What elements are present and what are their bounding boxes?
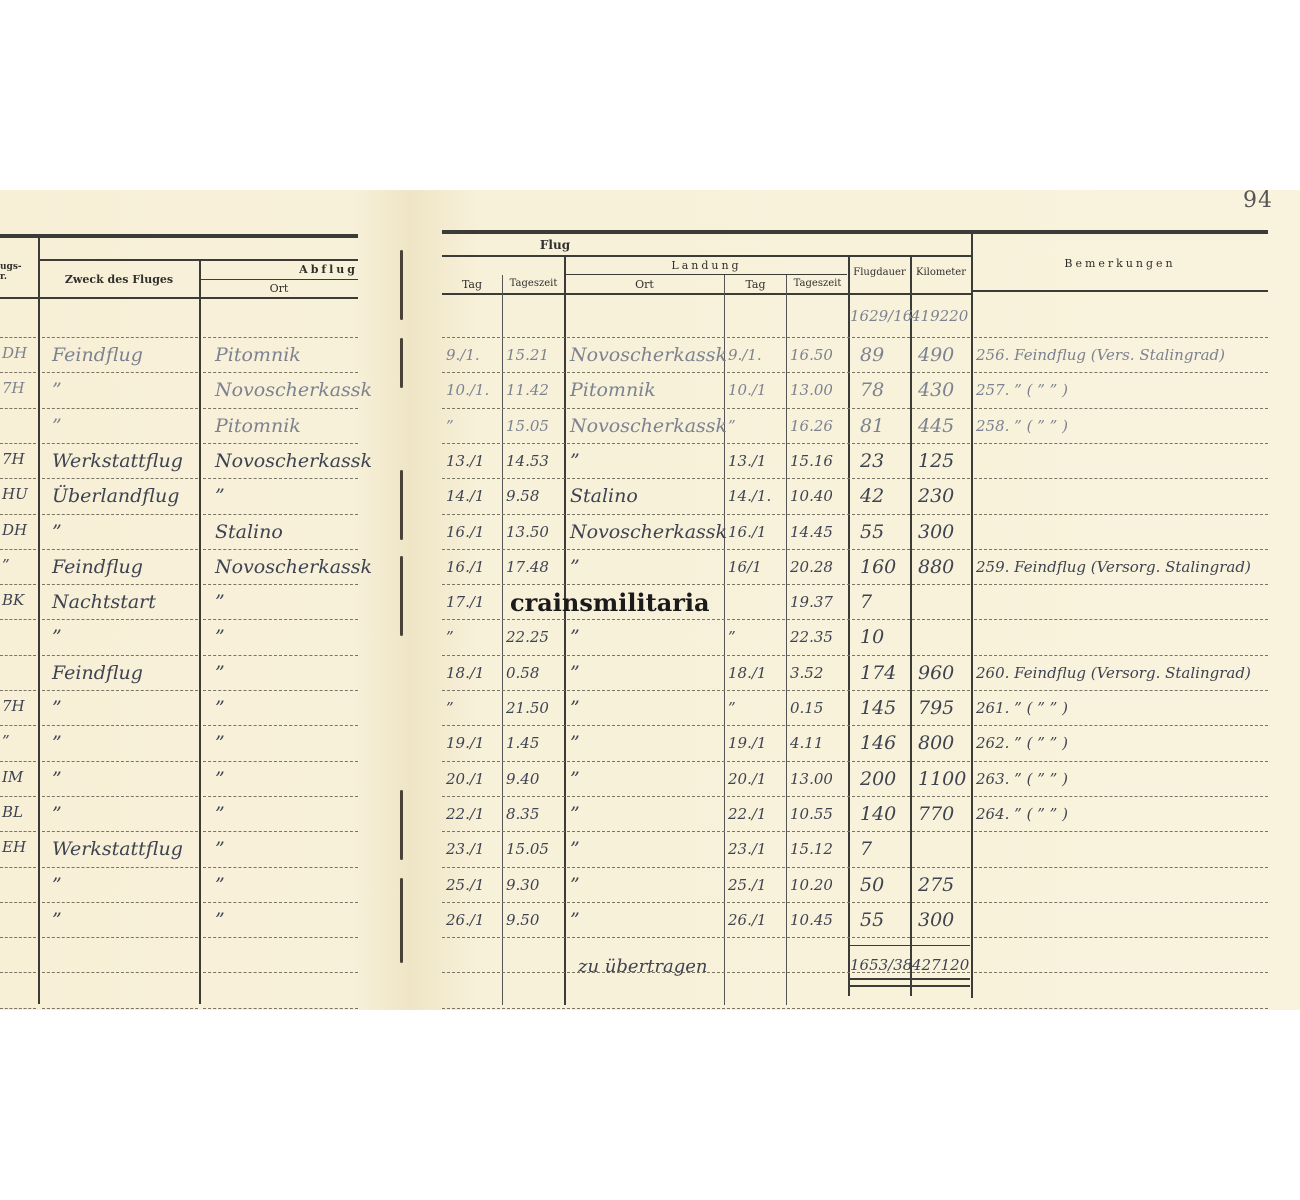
flight-purpose: Nachtstart bbox=[52, 591, 156, 613]
remarks: 263. ” ( ” ” ) bbox=[976, 770, 1068, 788]
row-separator bbox=[974, 619, 1268, 620]
landing-day: 10./1 bbox=[728, 381, 766, 399]
flight-duration: 50 bbox=[860, 874, 884, 896]
flight-purpose: ” bbox=[52, 626, 62, 648]
flight-duration: 7 bbox=[860, 591, 872, 613]
landing-time: 19.37 bbox=[790, 593, 833, 611]
header-km: Kilometer bbox=[911, 267, 971, 278]
row-separator bbox=[0, 584, 36, 585]
landing-place: ” bbox=[570, 732, 580, 754]
flight-purpose: ” bbox=[52, 768, 62, 790]
departure-day: 20./1 bbox=[446, 770, 484, 788]
landing-time: 14.45 bbox=[790, 523, 833, 541]
row-separator bbox=[203, 690, 358, 691]
row-separator bbox=[442, 655, 970, 656]
flight-purpose: ” bbox=[52, 803, 62, 825]
header-dep-day: Tag bbox=[442, 278, 502, 291]
departure-time: 15.05 bbox=[506, 840, 549, 858]
row-separator bbox=[42, 972, 198, 973]
col-divider bbox=[502, 275, 503, 1005]
carry-out-km: 427120 bbox=[912, 956, 969, 974]
aircraft-code: BL bbox=[2, 803, 23, 821]
departure-time: 9.50 bbox=[506, 911, 539, 929]
row-separator bbox=[442, 478, 970, 479]
aircraft-code: DH bbox=[2, 344, 27, 362]
row-separator bbox=[0, 937, 36, 938]
left-col-divider bbox=[38, 236, 40, 1004]
departure-day: ” bbox=[446, 417, 454, 435]
departure-place: ” bbox=[215, 732, 225, 754]
remarks: 261. ” ( ” ” ) bbox=[976, 699, 1068, 717]
row-separator bbox=[442, 937, 970, 938]
kilometers: 880 bbox=[918, 556, 954, 578]
landing-day: ” bbox=[728, 699, 736, 717]
flight-duration: 42 bbox=[860, 485, 884, 507]
row-separator bbox=[42, 619, 198, 620]
flight-purpose: ” bbox=[52, 697, 62, 719]
landing-day: 16./1 bbox=[728, 523, 766, 541]
row-separator bbox=[442, 584, 970, 585]
landing-day: 9./1. bbox=[728, 346, 762, 364]
landing-place: ” bbox=[570, 450, 580, 472]
departure-place: ” bbox=[215, 485, 225, 507]
departure-day: 26./1 bbox=[446, 911, 484, 929]
row-separator bbox=[442, 1008, 970, 1009]
landing-place: Stalino bbox=[570, 485, 638, 507]
left-col-divider bbox=[199, 260, 201, 1004]
row-separator bbox=[974, 408, 1268, 409]
kilometers: 300 bbox=[918, 909, 954, 931]
row-separator bbox=[974, 867, 1268, 868]
carry-in-km: 419220 bbox=[911, 307, 968, 325]
landing-time: 16.50 bbox=[790, 346, 833, 364]
row-separator bbox=[203, 619, 358, 620]
row-separator bbox=[0, 902, 36, 903]
flight-duration: 200 bbox=[860, 768, 896, 790]
row-separator bbox=[42, 443, 198, 444]
departure-time: 9.40 bbox=[506, 770, 539, 788]
row-separator bbox=[203, 478, 358, 479]
landing-place: ” bbox=[570, 697, 580, 719]
row-separator bbox=[42, 761, 198, 762]
row-separator bbox=[0, 478, 36, 479]
row-separator bbox=[203, 1008, 358, 1009]
header-departure: Abflug bbox=[200, 263, 358, 276]
departure-place: Novoscherkassk bbox=[215, 556, 372, 578]
remarks: 257. ” ( ” ” ) bbox=[976, 381, 1068, 399]
row-separator bbox=[0, 867, 36, 868]
landing-day: 20./1 bbox=[728, 770, 766, 788]
watermark: crainsmilitaria bbox=[510, 588, 710, 617]
landing-time: 13.00 bbox=[790, 770, 833, 788]
departure-day: 17./1 bbox=[446, 593, 484, 611]
row-separator bbox=[974, 690, 1268, 691]
remarks: 262. ” ( ” ” ) bbox=[976, 734, 1068, 752]
col-divider bbox=[848, 256, 850, 996]
row-separator bbox=[974, 514, 1268, 515]
row-separator bbox=[0, 690, 36, 691]
departure-place: Novoscherkassk bbox=[215, 450, 372, 472]
landing-place: ” bbox=[570, 662, 580, 684]
departure-time: 9.58 bbox=[506, 487, 539, 505]
carry-in-duration: 1629/16 bbox=[850, 307, 912, 325]
row-separator bbox=[0, 655, 36, 656]
departure-place: ” bbox=[215, 591, 225, 613]
row-separator bbox=[0, 372, 36, 373]
landing-day: ” bbox=[728, 628, 736, 646]
row-separator bbox=[42, 690, 198, 691]
flight-duration: 160 bbox=[860, 556, 896, 578]
flight-purpose: ” bbox=[52, 874, 62, 896]
header-land-day: Tag bbox=[725, 278, 786, 291]
row-separator bbox=[974, 584, 1268, 585]
kilometers: 795 bbox=[918, 697, 954, 719]
landing-place: Novoscherkassk bbox=[570, 521, 727, 543]
departure-day: 16./1 bbox=[446, 558, 484, 576]
departure-place: ” bbox=[215, 874, 225, 896]
binding-stitch bbox=[400, 790, 403, 860]
row-separator bbox=[203, 796, 358, 797]
row-separator bbox=[203, 408, 358, 409]
departure-place: ” bbox=[215, 662, 225, 684]
flight-purpose: Werkstattflug bbox=[52, 838, 183, 860]
flight-duration: 55 bbox=[860, 909, 884, 931]
row-separator bbox=[42, 584, 198, 585]
landing-time: 15.16 bbox=[790, 452, 833, 470]
departure-day: 23./1 bbox=[446, 840, 484, 858]
row-separator bbox=[203, 514, 358, 515]
row-separator bbox=[42, 867, 198, 868]
row-separator bbox=[0, 337, 36, 338]
carry-out-duration: 1653/38 bbox=[850, 956, 912, 974]
row-separator bbox=[203, 761, 358, 762]
flight-duration: 81 bbox=[860, 415, 884, 437]
row-separator bbox=[974, 337, 1268, 338]
row-separator bbox=[203, 937, 358, 938]
row-separator bbox=[442, 725, 970, 726]
row-separator bbox=[203, 337, 358, 338]
landing-day: 18./1 bbox=[728, 664, 766, 682]
departure-time: 14.53 bbox=[506, 452, 549, 470]
carry-out-label: zu übertragen bbox=[578, 956, 708, 977]
header-landung: Landung bbox=[565, 259, 848, 272]
row-separator bbox=[42, 831, 198, 832]
binding-stitch bbox=[400, 878, 403, 963]
aircraft-code: IM bbox=[2, 768, 23, 786]
row-separator bbox=[42, 937, 198, 938]
kilometers: 300 bbox=[918, 521, 954, 543]
aircraft-code: 7H bbox=[2, 379, 25, 397]
aircraft-code: 7H bbox=[2, 450, 25, 468]
row-separator bbox=[974, 655, 1268, 656]
landing-day: 26./1 bbox=[728, 911, 766, 929]
header-land-place: Ort bbox=[565, 278, 724, 291]
binding-stitch bbox=[400, 556, 403, 636]
double-underline bbox=[850, 978, 970, 987]
header-remarks: Bemerkungen bbox=[972, 257, 1268, 270]
row-separator bbox=[0, 796, 36, 797]
landing-day: 16/1 bbox=[728, 558, 762, 576]
flight-purpose: Feindflug bbox=[52, 344, 143, 366]
row-separator bbox=[42, 408, 198, 409]
flight-duration: 78 bbox=[860, 379, 884, 401]
departure-place: ” bbox=[215, 838, 225, 860]
header-purpose: Zweck des Fluges bbox=[40, 273, 198, 286]
kilometers: 800 bbox=[918, 732, 954, 754]
row-separator bbox=[0, 619, 36, 620]
row-separator bbox=[442, 902, 970, 903]
departure-time: 15.21 bbox=[506, 346, 549, 364]
kilometers: 770 bbox=[918, 803, 954, 825]
sum-rule bbox=[850, 945, 970, 946]
binding-stitch bbox=[400, 250, 403, 320]
landing-place: Novoscherkassk bbox=[570, 415, 727, 437]
row-separator bbox=[203, 584, 358, 585]
remarks: 256. Feindflug (Vers. Stalingrad) bbox=[976, 346, 1225, 364]
header-dep-time: Tageszeit bbox=[503, 278, 564, 289]
row-separator bbox=[0, 1008, 36, 1009]
flug-rule bbox=[442, 255, 972, 257]
flight-purpose: Überlandflug bbox=[52, 485, 179, 507]
departure-day: 14./1 bbox=[446, 487, 484, 505]
departure-place: ” bbox=[215, 697, 225, 719]
flight-duration: 7 bbox=[860, 838, 872, 860]
remarks: 264. ” ( ” ” ) bbox=[976, 805, 1068, 823]
row-separator bbox=[974, 937, 1268, 938]
flight-duration: 140 bbox=[860, 803, 896, 825]
row-separator bbox=[974, 725, 1268, 726]
flight-duration: 89 bbox=[860, 344, 884, 366]
departure-place: Pitomnik bbox=[215, 415, 301, 437]
row-separator bbox=[42, 372, 198, 373]
flight-purpose: ” bbox=[52, 909, 62, 931]
header-flug: Flug bbox=[442, 238, 668, 252]
row-separator bbox=[442, 867, 970, 868]
row-separator bbox=[442, 761, 970, 762]
row-separator bbox=[42, 514, 198, 515]
landing-place: ” bbox=[570, 909, 580, 931]
departure-time: 0.58 bbox=[506, 664, 539, 682]
departure-day: 16./1 bbox=[446, 523, 484, 541]
landing-time: 4.11 bbox=[790, 734, 823, 752]
remarks: 260. Feindflug (Versorg. Stalingrad) bbox=[976, 664, 1251, 682]
row-separator bbox=[974, 372, 1268, 373]
landing-place: Pitomnik bbox=[570, 379, 656, 401]
row-separator bbox=[203, 549, 358, 550]
row-separator bbox=[974, 549, 1268, 550]
row-separator bbox=[442, 337, 970, 338]
row-separator bbox=[442, 408, 970, 409]
row-separator bbox=[442, 443, 970, 444]
aircraft-code: ” bbox=[2, 732, 10, 750]
row-separator bbox=[0, 443, 36, 444]
departure-time: 15.05 bbox=[506, 417, 549, 435]
row-separator bbox=[974, 761, 1268, 762]
row-separator bbox=[42, 478, 198, 479]
aircraft-code: 7H bbox=[2, 697, 25, 715]
landing-time: 10.45 bbox=[790, 911, 833, 929]
kilometers: 445 bbox=[918, 415, 954, 437]
landing-time: 15.12 bbox=[790, 840, 833, 858]
landing-time: 3.52 bbox=[790, 664, 823, 682]
row-separator bbox=[442, 549, 970, 550]
remarks-header-rule bbox=[972, 290, 1268, 292]
departure-time: 1.45 bbox=[506, 734, 539, 752]
landing-time: 10.55 bbox=[790, 805, 833, 823]
landing-place: ” bbox=[570, 803, 580, 825]
landing-place: ” bbox=[570, 874, 580, 896]
landing-day: 14./1. bbox=[728, 487, 771, 505]
landing-place: Novoscherkassk bbox=[570, 344, 727, 366]
row-separator bbox=[974, 972, 1268, 973]
departure-time: 17.48 bbox=[506, 558, 549, 576]
row-separator bbox=[974, 902, 1268, 903]
flight-purpose: ” bbox=[52, 379, 62, 401]
kilometers: 960 bbox=[918, 662, 954, 684]
departure-day: 13./1 bbox=[446, 452, 484, 470]
landing-time: 10.20 bbox=[790, 876, 833, 894]
landing-day: 22./1 bbox=[728, 805, 766, 823]
row-separator bbox=[0, 831, 36, 832]
col-divider bbox=[786, 275, 787, 1005]
departure-place: Pitomnik bbox=[215, 344, 301, 366]
header-departure-place: Ort bbox=[200, 282, 358, 295]
departure-time: 8.35 bbox=[506, 805, 539, 823]
row-separator bbox=[442, 831, 970, 832]
row-separator bbox=[203, 972, 358, 973]
row-separator bbox=[42, 337, 198, 338]
left-top-rule bbox=[0, 234, 358, 238]
flight-purpose: Feindflug bbox=[52, 662, 143, 684]
row-separator bbox=[203, 831, 358, 832]
row-separator bbox=[42, 902, 198, 903]
row-separator bbox=[203, 443, 358, 444]
kilometers: 430 bbox=[918, 379, 954, 401]
kilometers: 125 bbox=[918, 450, 954, 472]
departure-place: Stalino bbox=[215, 521, 283, 543]
row-separator bbox=[442, 690, 970, 691]
flight-duration: 145 bbox=[860, 697, 896, 719]
landing-day: 23./1 bbox=[728, 840, 766, 858]
row-separator bbox=[442, 514, 970, 515]
row-separator bbox=[974, 1008, 1268, 1009]
row-separator bbox=[974, 831, 1268, 832]
row-separator bbox=[0, 514, 36, 515]
row-separator bbox=[42, 796, 198, 797]
header-duration: Flugdauer bbox=[849, 267, 910, 278]
flight-duration: 55 bbox=[860, 521, 884, 543]
row-separator bbox=[42, 725, 198, 726]
departure-time: 13.50 bbox=[506, 523, 549, 541]
landing-place: ” bbox=[570, 556, 580, 578]
flight-duration: 174 bbox=[860, 662, 896, 684]
header-land-time: Tageszeit bbox=[787, 278, 848, 289]
row-separator bbox=[974, 443, 1268, 444]
departure-day: 18./1 bbox=[446, 664, 484, 682]
page-number: 94 bbox=[1243, 188, 1273, 213]
departure-day: 22./1 bbox=[446, 805, 484, 823]
row-separator bbox=[0, 972, 36, 973]
departure-time: 9.30 bbox=[506, 876, 539, 894]
landing-time: 22.35 bbox=[790, 628, 833, 646]
landing-day: 13./1 bbox=[728, 452, 766, 470]
aircraft-code: ” bbox=[2, 556, 10, 574]
right-top-rule bbox=[442, 230, 1268, 234]
flight-purpose: ” bbox=[52, 521, 62, 543]
departure-place: ” bbox=[215, 626, 225, 648]
col-divider bbox=[910, 256, 912, 996]
row-separator bbox=[974, 796, 1268, 797]
row-separator bbox=[203, 725, 358, 726]
row-separator bbox=[42, 1008, 198, 1009]
row-separator bbox=[442, 372, 970, 373]
right-header-bottom-rule bbox=[442, 293, 972, 295]
departure-place: ” bbox=[215, 909, 225, 931]
departure-place: ” bbox=[215, 768, 225, 790]
row-separator bbox=[0, 725, 36, 726]
departure-day: ” bbox=[446, 628, 454, 646]
left-header-bottom-rule bbox=[0, 297, 358, 299]
remarks: 259. Feindflug (Versorg. Stalingrad) bbox=[976, 558, 1251, 576]
landing-day: 19./1 bbox=[728, 734, 766, 752]
flight-duration: 10 bbox=[860, 626, 884, 648]
kilometers: 230 bbox=[918, 485, 954, 507]
row-separator bbox=[0, 549, 36, 550]
landing-place: ” bbox=[570, 838, 580, 860]
remarks: 258. ” ( ” ” ) bbox=[976, 417, 1068, 435]
row-separator bbox=[203, 867, 358, 868]
flight-duration: 23 bbox=[860, 450, 884, 472]
departure-time: 21.50 bbox=[506, 699, 549, 717]
flight-purpose: Feindflug bbox=[52, 556, 143, 578]
col-divider bbox=[564, 256, 566, 1005]
header-partial: ugs-r. bbox=[0, 262, 36, 282]
aircraft-code: HU bbox=[2, 485, 28, 503]
row-separator bbox=[442, 796, 970, 797]
row-separator bbox=[203, 902, 358, 903]
row-separator bbox=[974, 478, 1268, 479]
row-separator bbox=[203, 655, 358, 656]
departure-day: 25./1 bbox=[446, 876, 484, 894]
landing-place: ” bbox=[570, 768, 580, 790]
departure-day: 10./1. bbox=[446, 381, 489, 399]
aircraft-code: DH bbox=[2, 521, 27, 539]
kilometers: 1100 bbox=[918, 768, 966, 790]
departure-time: 22.25 bbox=[506, 628, 549, 646]
row-separator bbox=[42, 655, 198, 656]
landing-day: 25./1 bbox=[728, 876, 766, 894]
landing-time: 0.15 bbox=[790, 699, 823, 717]
landing-time: 20.28 bbox=[790, 558, 833, 576]
departure-place: ” bbox=[215, 803, 225, 825]
departure-place: Novoscherkassk bbox=[215, 379, 372, 401]
flight-purpose: ” bbox=[52, 415, 62, 437]
binding-stitch bbox=[400, 470, 403, 540]
row-separator bbox=[0, 408, 36, 409]
landing-time: 13.00 bbox=[790, 381, 833, 399]
departure-day: 19./1 bbox=[446, 734, 484, 752]
col-divider bbox=[971, 234, 973, 998]
flight-purpose: ” bbox=[52, 732, 62, 754]
landing-time: 10.40 bbox=[790, 487, 833, 505]
landing-day: ” bbox=[728, 417, 736, 435]
flight-duration: 146 bbox=[860, 732, 896, 754]
binding-stitch bbox=[400, 338, 403, 388]
col-divider bbox=[724, 275, 725, 1005]
left-subheader-rule bbox=[200, 279, 358, 280]
landing-time: 16.26 bbox=[790, 417, 833, 435]
aircraft-code: EH bbox=[2, 838, 26, 856]
